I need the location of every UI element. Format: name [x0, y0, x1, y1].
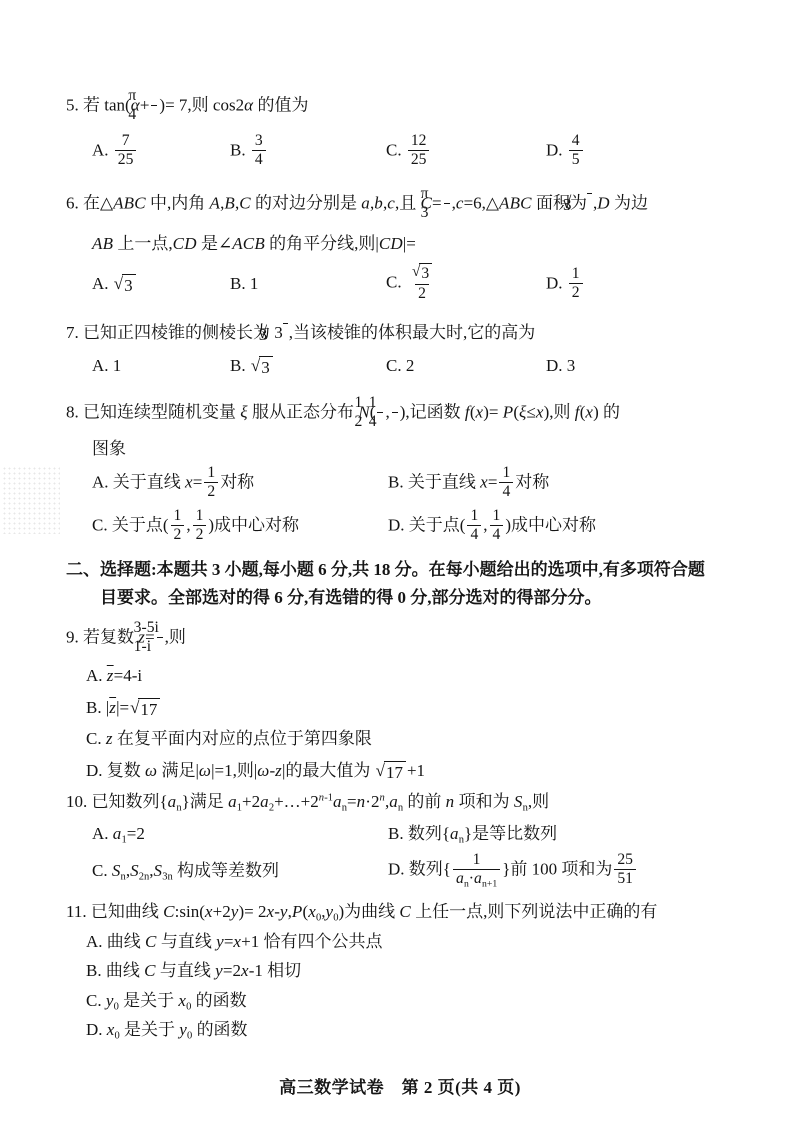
question-9-option-b: B. |z|=√17 — [66, 695, 746, 721]
question-9: 9. 若复数 z=3-5i1-i,则 A. z=4-i B. |z|=√17 C… — [66, 620, 746, 783]
question-8-stem-line-1: 8. 已知连续型随机变量 ξ 服从正态分布 N(12,14),记函数 f(x)=… — [66, 395, 746, 432]
question-8-options-row-1: A. 关于直线 x=12对称 B. 关于直线 x=14对称 — [66, 465, 746, 502]
question-9-option-d: D. 复数 ω 满足|ω|=1,则|ω-z|的最大值为 √17+1 — [66, 758, 746, 784]
question-5-stem: 5. 若 tan(α+π4)= 7,则 cos2α 的值为 — [66, 88, 746, 125]
question-10-option-c: C. Sn,S2n,S3n 构成等差数列 — [92, 858, 388, 884]
question-6-option-c: C. √32 — [386, 264, 546, 304]
question-11-option-a: A. 曲线 C 与直线 y=x+1 恰有四个公共点 — [66, 929, 746, 955]
question-5-option-b: B. 34 — [230, 133, 386, 170]
question-7-options: A. 1 B. √3 C. 2 D. 3 — [66, 353, 746, 379]
question-6-stem-line-2: AB 上一点,CD 是∠ACB 的角平分线,则|CD|= — [66, 231, 746, 257]
question-5: 5. 若 tan(α+π4)= 7,则 cos2α 的值为 A. 725 B. … — [66, 88, 746, 170]
question-10-option-a: A. a1=2 — [92, 821, 388, 847]
question-8-option-b: B. 关于直线 x=14对称 — [388, 465, 746, 502]
question-11-stem: 11. 已知曲线 C:sin(x+2y)= 2x-y,P(x0,y0)为曲线 C… — [66, 899, 746, 925]
question-10-options-row-2: C. Sn,S2n,S3n 构成等差数列 D. 数列{1an·an+1}前 10… — [66, 852, 746, 889]
section-2-instructions-line-2: 目要求。全部选对的得 6 分,有选错的得 0 分,部分选对的得部分分。 — [66, 585, 746, 611]
exam-content: 5. 若 tan(α+π4)= 7,则 cos2α 的值为 A. 725 B. … — [66, 88, 746, 1047]
question-7-option-a: A. 1 — [92, 353, 230, 379]
question-8: 8. 已知连续型随机变量 ξ 服从正态分布 N(12,14),记函数 f(x)=… — [66, 395, 746, 545]
question-6: 6. 在△ABC 中,内角 A,B,C 的对边分别是 a,b,c,且 C=π3,… — [66, 186, 746, 304]
question-11: 11. 已知曲线 C:sin(x+2y)= 2x-y,P(x0,y0)为曲线 C… — [66, 899, 746, 1043]
question-6-options: A. √3 B. 1 C. √32 D. 12 — [66, 264, 746, 304]
question-10: 10. 已知数列{an}满足 a1+2a2+…+2n-1an=n·2n,an 的… — [66, 789, 746, 889]
question-7-stem: 7. 已知正四棱锥的侧棱长为 3√3,当该棱锥的体积最大时,它的高为 — [66, 320, 746, 346]
question-9-option-c: C. z 在复平面内对应的点位于第四象限 — [66, 726, 746, 752]
question-8-options-row-2: C. 关于点(12,12)成中心对称 D. 关于点(14,14)成中心对称 — [66, 508, 746, 545]
question-11-option-b: B. 曲线 C 与直线 y=2x-1 相切 — [66, 958, 746, 984]
section-2-header: 二、选择题:本题共 3 小题,每小题 6 分,共 18 分。在每小题给出的选项中… — [66, 557, 746, 610]
question-10-option-b: B. 数列{an}是等比数列 — [388, 821, 746, 847]
question-5-option-d: D. 45 — [546, 133, 746, 170]
scan-artifact — [2, 466, 60, 534]
question-9-option-a: A. z=4-i — [66, 663, 746, 689]
question-7-option-b: B. √3 — [230, 353, 386, 379]
question-11-option-c: C. y0 是关于 x0 的函数 — [66, 988, 746, 1014]
question-7-option-c: C. 2 — [386, 353, 546, 379]
question-5-option-a: A. 725 — [92, 133, 230, 170]
question-10-options-row-1: A. a1=2 B. 数列{an}是等比数列 — [66, 821, 746, 847]
section-2-instructions-line-1: 二、选择题:本题共 3 小题,每小题 6 分,共 18 分。在每小题给出的选项中… — [66, 557, 746, 583]
question-8-option-c: C. 关于点(12,12)成中心对称 — [92, 508, 388, 545]
page-footer: 高三数学试卷 第 2 页(共 4 页) — [0, 1073, 800, 1098]
question-6-option-d: D. 12 — [546, 266, 746, 303]
question-10-stem: 10. 已知数列{an}满足 a1+2a2+…+2n-1an=n·2n,an 的… — [66, 789, 746, 815]
question-6-option-a: A. √3 — [92, 271, 230, 297]
question-10-option-d: D. 数列{1an·an+1}前 100 项和为2551 — [388, 852, 746, 889]
question-6-option-b: B. 1 — [230, 271, 386, 297]
question-7-option-d: D. 3 — [546, 353, 746, 379]
question-8-option-a: A. 关于直线 x=12对称 — [92, 465, 388, 502]
exam-page: 5. 若 tan(α+π4)= 7,则 cos2α 的值为 A. 725 B. … — [0, 0, 800, 1142]
question-11-option-d: D. x0 是关于 y0 的函数 — [66, 1017, 746, 1043]
question-5-option-c: C. 1225 — [386, 133, 546, 170]
question-9-stem: 9. 若复数 z=3-5i1-i,则 — [66, 620, 746, 657]
question-7: 7. 已知正四棱锥的侧棱长为 3√3,当该棱锥的体积最大时,它的高为 A. 1 … — [66, 320, 746, 379]
question-8-stem-line-2: 图象 — [66, 436, 746, 462]
question-6-stem-line-1: 6. 在△ABC 中,内角 A,B,C 的对边分别是 a,b,c,且 C=π3,… — [66, 186, 746, 223]
question-8-option-d: D. 关于点(14,14)成中心对称 — [388, 508, 746, 545]
question-5-options: A. 725 B. 34 C. 1225 D. 45 — [66, 133, 746, 170]
